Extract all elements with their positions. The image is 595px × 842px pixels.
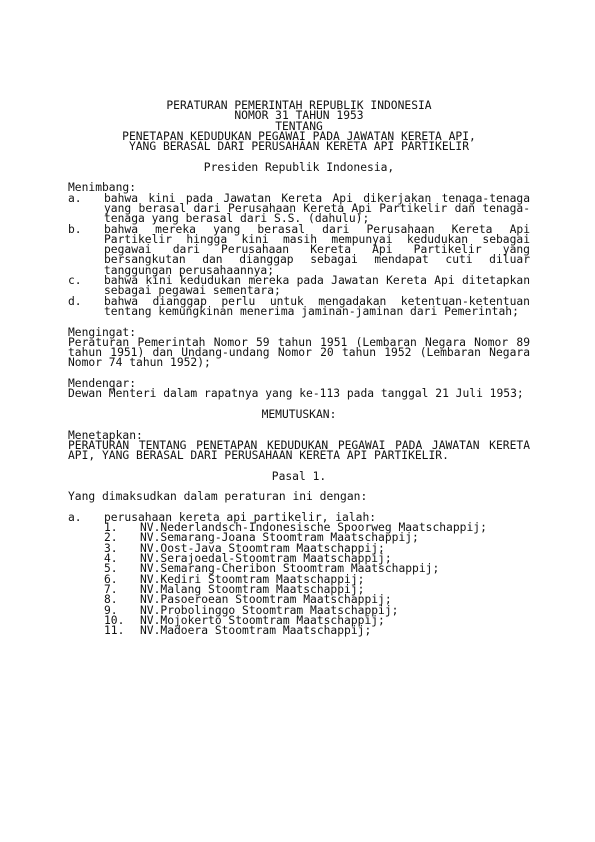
mengingat-section: Mengingat: Peraturan Pemerintah Nomor 59… — [68, 328, 530, 369]
item-label: b. — [68, 225, 104, 276]
document-header: PERATURAN PEMERINTAH REPUBLIK INDONESIA … — [68, 101, 530, 173]
mendengar-section: Mendengar: Dewan Menteri dalam rapatnya … — [68, 379, 530, 400]
menimbang-item-c: c. bahwa kini kedudukan mereka pada Jawa… — [68, 276, 530, 297]
title-line-5: YANG BERASAL DARI PERUSAHAAN KERETA API … — [68, 142, 530, 152]
menetapkan-section: Menetapkan: PERATURAN TENTANG PENETAPAN … — [68, 431, 530, 462]
item-text: bahwa dianggap perlu untuk mengadakan ke… — [104, 297, 530, 318]
memutuskan-heading: MEMUTUSKAN: — [68, 410, 530, 420]
menimbang-section: Menimbang: a. bahwa kini pada Jawatan Ke… — [68, 183, 530, 317]
item-text: bahwa kini kedudukan mereka pada Jawatan… — [104, 276, 530, 297]
pasal-1-intro: Yang dimaksudkan dalam peraturan ini den… — [68, 492, 530, 502]
item-label: a. — [68, 194, 104, 225]
item-label: d. — [68, 297, 104, 318]
menetapkan-text: PERATURAN TENTANG PENETAPAN KEDUDUKAN PE… — [68, 441, 530, 462]
company-name: NV.Madoera Stoomtram Maatschappij; — [140, 626, 371, 636]
document-page: PERATURAN PEMERINTAH REPUBLIK INDONESIA … — [68, 101, 530, 636]
menimbang-item-b: b. bahwa mereka yang berasal dari Perusa… — [68, 225, 530, 276]
pasal-1-item-a: a. perusahaan kereta api partikelir, ial… — [68, 513, 530, 637]
company-item: 11.NV.Madoera Stoomtram Maatschappij; — [104, 626, 530, 636]
issuer: Presiden Republik Indonesia, — [68, 163, 530, 173]
company-number: 11. — [104, 626, 140, 636]
menimbang-item-d: d. bahwa dianggap perlu untuk mengadakan… — [68, 297, 530, 318]
menimbang-item-a: a. bahwa kini pada Jawatan Kereta Api di… — [68, 194, 530, 225]
pasal-1-heading: Pasal 1. — [68, 472, 530, 482]
company-list: 1.NV.Nederlandsch-Indonesische Spoorweg … — [68, 523, 530, 636]
item-label: a. — [68, 513, 104, 523]
item-text: bahwa kini pada Jawatan Kereta Api diker… — [104, 194, 530, 225]
item-text: bahwa mereka yang berasal dari Perusahaa… — [104, 225, 530, 276]
mengingat-text: Peraturan Pemerintah Nomor 59 tahun 1951… — [68, 338, 530, 369]
item-label: c. — [68, 276, 104, 297]
mendengar-text: Dewan Menteri dalam rapatnya yang ke-113… — [68, 389, 530, 399]
